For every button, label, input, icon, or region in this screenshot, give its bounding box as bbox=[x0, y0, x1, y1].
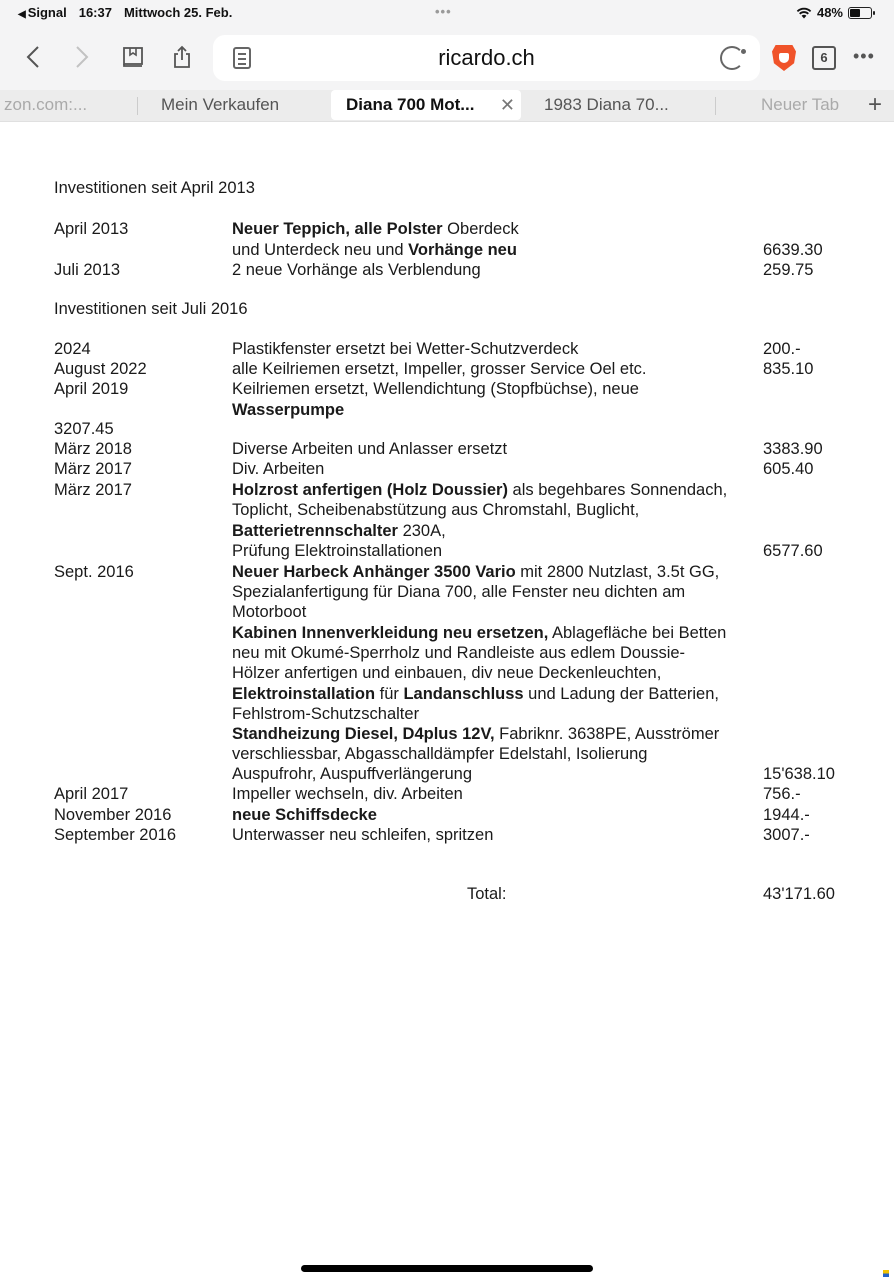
forward-button[interactable] bbox=[67, 42, 97, 72]
back-arrow-icon: ◀ bbox=[18, 9, 26, 20]
status-bar: ◀Signal 16:37 Mittwoch 25. Feb. ••• 48% bbox=[0, 0, 894, 26]
row-desc: verschliessbar, Abgasschalldämpfer Edels… bbox=[232, 744, 647, 764]
row-desc: Spezialanfertigung für Diana 700, alle F… bbox=[232, 582, 685, 602]
desc-text: für bbox=[375, 685, 403, 703]
multitasking-dots-icon[interactable]: ••• bbox=[435, 4, 452, 19]
row-desc: und Unterdeck neu und Vorhänge neu bbox=[232, 240, 517, 260]
row-desc: Batterietrennschalter 230A, bbox=[232, 521, 446, 541]
row-desc: Kabinen Innenverkleidung neu ersetzen, A… bbox=[232, 623, 726, 643]
row-desc: 2 neue Vorhänge als Verblendung bbox=[232, 260, 481, 280]
row-date: März 2018 bbox=[54, 439, 132, 459]
desc-text: Oberdeck bbox=[443, 220, 519, 238]
home-indicator[interactable] bbox=[301, 1265, 593, 1272]
more-icon[interactable]: ••• bbox=[853, 46, 875, 67]
tab-mein-verkaufen[interactable]: Mein Verkaufen bbox=[161, 90, 321, 120]
tab-strip: zon.com:... Mein Verkaufen Diana 700 Mot… bbox=[0, 90, 894, 122]
row-amount: 3383.90 bbox=[763, 439, 823, 459]
back-app-label: Signal bbox=[28, 5, 67, 20]
desc-text: Ablagefläche bei Betten bbox=[548, 624, 726, 642]
tab-count-button[interactable]: 6 bbox=[812, 46, 836, 70]
row-desc: Keilriemen ersetzt, Wellendichtung (Stop… bbox=[232, 379, 639, 399]
back-button[interactable] bbox=[18, 42, 48, 72]
row-amount: 3007.- bbox=[763, 825, 810, 845]
row-date: September 2016 bbox=[54, 825, 176, 845]
row-amount: 15'638.10 bbox=[763, 764, 835, 784]
desc-bold: Landanschluss bbox=[403, 685, 523, 703]
row-desc: Auspufrohr, Auspuffverlängerung bbox=[232, 764, 472, 784]
row-desc: Holzrost anfertigen (Holz Doussier) als … bbox=[232, 480, 727, 500]
total-amount: 43'171.60 bbox=[763, 884, 835, 904]
desc-bold: Neuer Teppich, alle Polster bbox=[232, 220, 443, 238]
row-desc: Elektroinstallation für Landanschluss un… bbox=[232, 684, 719, 704]
row-desc: Prüfung Elektroinstallationen bbox=[232, 541, 442, 561]
row-desc: Motorboot bbox=[232, 602, 306, 622]
desc-bold: Vorhänge neu bbox=[408, 241, 517, 259]
desc-bold: Standheizung Diesel, D4plus 12V, bbox=[232, 725, 495, 743]
row-desc: Hölzer anfertigen und einbauen, div neue… bbox=[232, 663, 661, 683]
row-desc: neu mit Okumé-Sperrholz und Randleiste a… bbox=[232, 643, 685, 663]
desc-bold: Wasserpumpe bbox=[232, 401, 344, 419]
chevron-right-icon bbox=[75, 45, 89, 69]
row-desc: Unterwasser neu schleifen, spritzen bbox=[232, 825, 493, 845]
row-desc: neue Schiffsdecke bbox=[232, 805, 377, 825]
row-date: März 2017 bbox=[54, 480, 132, 500]
row-desc: alle Keilriemen ersetzt, Impeller, gross… bbox=[232, 359, 647, 379]
tab-divider bbox=[137, 97, 138, 115]
bookmarks-icon bbox=[122, 46, 144, 68]
tab-diana-700-active[interactable]: Diana 700 Mot... ✕ bbox=[331, 90, 521, 120]
desc-bold: Neuer Harbeck Anhänger 3500 Vario bbox=[232, 563, 516, 581]
url-text[interactable]: ricardo.ch bbox=[213, 45, 760, 71]
address-bar[interactable]: ricardo.ch bbox=[213, 35, 760, 81]
tab-amazon[interactable]: zon.com:... bbox=[4, 90, 134, 120]
total-label: Total: bbox=[467, 884, 506, 904]
row-amount: 259.75 bbox=[763, 260, 813, 280]
row-date: November 2016 bbox=[54, 805, 171, 825]
desc-bold: neue Schiffsdecke bbox=[232, 806, 377, 824]
desc-text: Fabriknr. 3638PE, Ausströmer bbox=[495, 725, 720, 743]
desc-text: 230A, bbox=[398, 522, 446, 540]
row-desc: Plastikfenster ersetzt bei Wetter-Schutz… bbox=[232, 339, 578, 359]
section-heading: Investitionen seit Juli 2016 bbox=[54, 299, 248, 319]
row-date: April 2013 bbox=[54, 219, 128, 239]
row-amount: 835.10 bbox=[763, 359, 813, 379]
row-desc: Standheizung Diesel, D4plus 12V, Fabrikn… bbox=[232, 724, 719, 744]
browser-toolbar: ricardo.ch 6 ••• bbox=[0, 26, 894, 90]
close-tab-icon[interactable]: ✕ bbox=[500, 90, 515, 120]
desc-text: und Unterdeck neu und bbox=[232, 241, 408, 259]
row-date: April 2019 bbox=[54, 379, 128, 399]
tab-new-tab[interactable]: Neuer Tab bbox=[761, 90, 845, 120]
new-tab-plus-icon[interactable]: + bbox=[868, 90, 882, 120]
desc-text: mit 2800 Nutzlast, 3.5t GG, bbox=[516, 563, 720, 581]
wifi-icon bbox=[796, 7, 812, 19]
row-desc: Diverse Arbeiten und Anlasser ersetzt bbox=[232, 439, 507, 459]
row-amount: 200.- bbox=[763, 339, 801, 359]
row-desc: Neuer Teppich, alle Polster Oberdeck bbox=[232, 219, 519, 239]
row-date: Sept. 2016 bbox=[54, 562, 134, 582]
corner-indicator-icon bbox=[883, 1270, 889, 1277]
row-date: 2024 bbox=[54, 339, 91, 359]
desc-bold: Batterietrennschalter bbox=[232, 522, 398, 540]
row-desc: Fehlstrom-Schutzschalter bbox=[232, 704, 419, 724]
battery-icon bbox=[848, 7, 872, 19]
row-date: April 2017 bbox=[54, 784, 128, 804]
share-button[interactable] bbox=[167, 42, 197, 72]
chevron-left-icon bbox=[26, 45, 40, 69]
row-date: Juli 2013 bbox=[54, 260, 120, 280]
desc-text: und Ladung der Batterien, bbox=[524, 685, 719, 703]
row-amount: 605.40 bbox=[763, 459, 813, 479]
row-amount: 756.- bbox=[763, 784, 801, 804]
tab-1983-diana[interactable]: 1983 Diana 70... bbox=[544, 90, 704, 120]
desc-text: als begehbares Sonnendach, bbox=[508, 481, 727, 499]
row-desc: Impeller wechseln, div. Arbeiten bbox=[232, 784, 463, 804]
clock: 16:37 bbox=[79, 5, 112, 20]
row-desc-bold: Wasserpumpe bbox=[232, 400, 344, 420]
date: Mittwoch 25. Feb. bbox=[124, 5, 232, 20]
row-amount: 6577.60 bbox=[763, 541, 823, 561]
row-desc: Neuer Harbeck Anhänger 3500 Vario mit 28… bbox=[232, 562, 719, 582]
bookmarks-button[interactable] bbox=[118, 42, 148, 72]
tab-divider bbox=[715, 97, 716, 115]
share-icon bbox=[172, 45, 192, 69]
desc-bold: Elektroinstallation bbox=[232, 685, 375, 703]
row-desc: Toplicht, Scheibenabstützung aus Chromst… bbox=[232, 500, 639, 520]
row-amount-misplaced: 3207.45 bbox=[54, 419, 114, 439]
section-heading: Investitionen seit April 2013 bbox=[54, 178, 255, 198]
row-desc: Div. Arbeiten bbox=[232, 459, 324, 479]
row-amount: 6639.30 bbox=[763, 240, 823, 260]
tab-title: Diana 700 Mot... bbox=[346, 95, 474, 114]
battery-percent: 48% bbox=[817, 5, 843, 20]
back-to-app-link[interactable]: ◀Signal bbox=[18, 5, 67, 20]
desc-bold: Holzrost anfertigen (Holz Doussier) bbox=[232, 481, 508, 499]
row-date: März 2017 bbox=[54, 459, 132, 479]
row-amount: 1944.- bbox=[763, 805, 810, 825]
reload-icon[interactable] bbox=[720, 46, 744, 70]
brave-shield-icon[interactable] bbox=[772, 45, 796, 71]
row-date: August 2022 bbox=[54, 359, 147, 379]
desc-bold: Kabinen Innenverkleidung neu ersetzen, bbox=[232, 624, 548, 642]
